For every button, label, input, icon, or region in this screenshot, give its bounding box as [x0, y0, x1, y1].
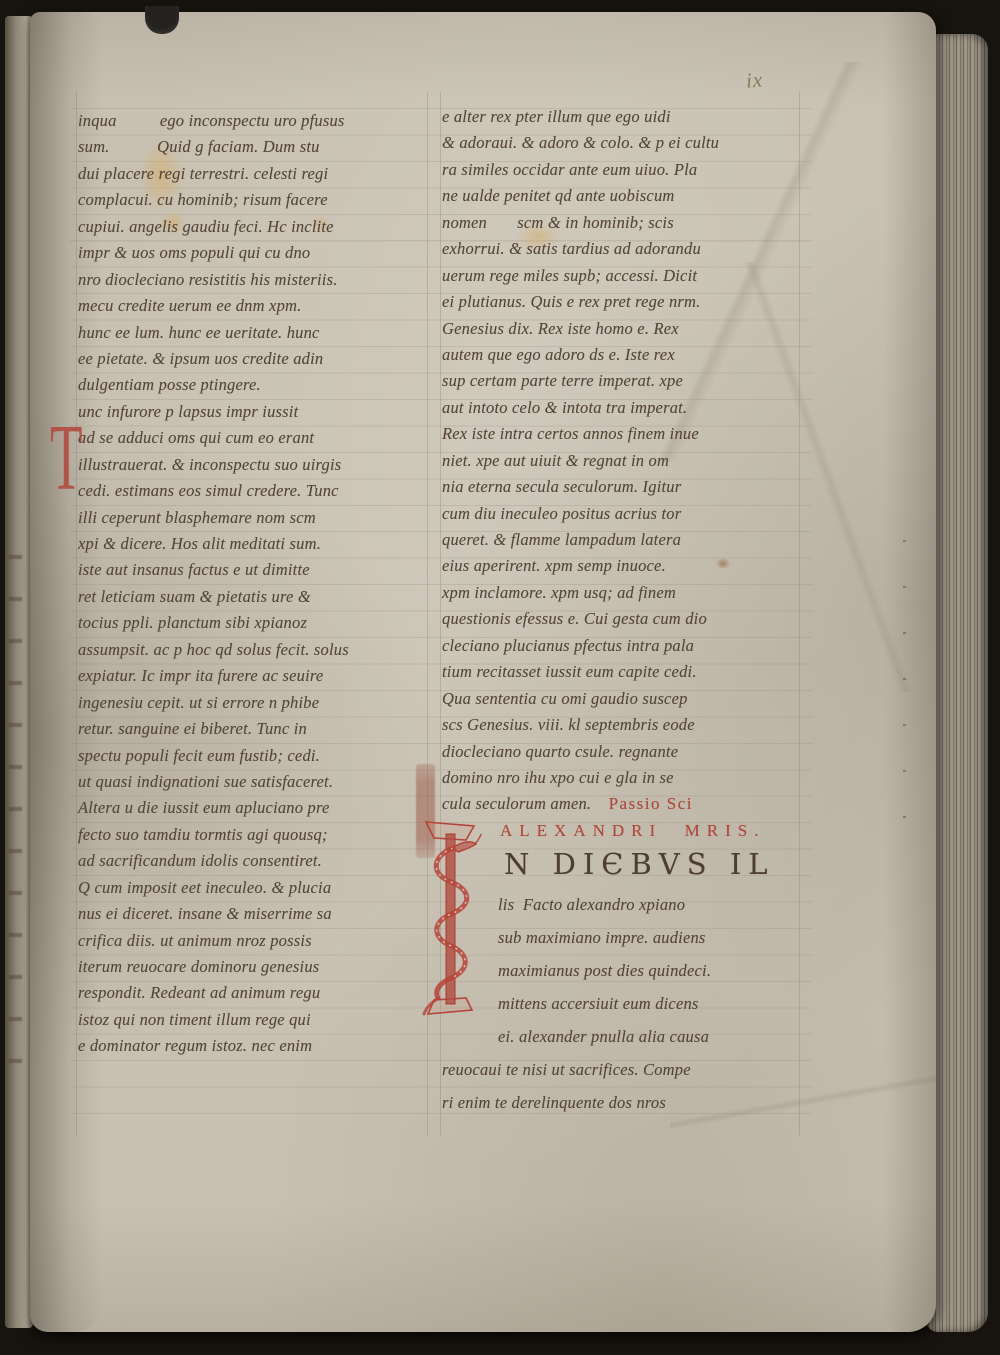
text-line: niet. xpe aut uiuit & regnat in om — [442, 448, 804, 474]
text-segment: cula seculorum amen. — [442, 794, 609, 813]
text-line: nro diocleciano resistitis his misteriis… — [78, 267, 434, 293]
text-segment: mittens accersiuit eum dicens — [498, 994, 699, 1013]
text-line: ALEXANDRI MRIS. — [442, 818, 804, 844]
book-photo: ix inqua ego inconspectu uro pfusussum. … — [0, 0, 1000, 1355]
text-segment: lis Facto alexandro xpiano — [498, 895, 685, 914]
text-line: maximianus post dies quindeci. — [442, 954, 804, 987]
text-line: ee pietate. & ipsum uos credite adin — [78, 346, 434, 372]
text-line: sup certam parte terre imperat. xpe — [442, 368, 804, 394]
text-line: eius aperirent. xpm semp inuoce. — [442, 553, 804, 579]
text-line: N DIЄBVS IL — [442, 844, 804, 888]
left-text-column: inqua ego inconspectu uro pfusussum. Qui… — [78, 108, 434, 1060]
text-line: iterum reuocare dominoru genesius — [78, 954, 434, 980]
text-line: questionis efessus e. Cui gesta cum dio — [442, 606, 804, 632]
text-line: domino nro ihu xpo cui e gla in se — [442, 765, 804, 791]
text-line: diocleciano quarto csule. regnante — [442, 739, 804, 765]
text-line: spectu populi fecit eum fustib; cedi. — [78, 743, 434, 769]
text-line: fecto suo tamdiu tormtis agi quousq; — [78, 822, 434, 848]
text-line: reuocaui te nisi ut sacrifices. Compe — [442, 1053, 804, 1086]
text-line: ut quasi indignationi sue satisfaceret. — [78, 769, 434, 795]
text-line: Q cum imposit eet ineculeo. & plucia — [78, 875, 434, 901]
pricking-holes — [903, 540, 906, 840]
text-line: dulgentiam posse ptingere. — [78, 372, 434, 398]
text-segment: ri enim te derelinquente dos nros — [442, 1093, 666, 1112]
text-line: istoz qui non timent illum rege qui — [78, 1007, 434, 1033]
text-line: mecu credite uerum ee dnm xpm. — [78, 293, 434, 319]
text-line: sum. Quid g faciam. Dum stu — [78, 134, 434, 160]
text-line: Rex iste intra certos annos finem inue — [442, 421, 804, 447]
text-segment: ei. alexander pnulla alia causa — [498, 1027, 709, 1046]
vertical-ruling-line — [76, 92, 77, 1136]
right-text-column: e alter rex pter illum que ego uidi& ado… — [442, 104, 804, 1119]
text-segment: ALEXANDRI MRIS. — [500, 821, 765, 840]
text-line: ad sacrificandum idolis consentiret. — [78, 848, 434, 874]
text-line: cupiui. angelis gaudiu feci. Hc inclite — [78, 214, 434, 240]
text-line: e alter rex pter illum que ego uidi — [442, 104, 804, 130]
text-line: expiatur. Ic impr ita furere ac seuire — [78, 663, 434, 689]
text-line: tocius ppli. planctum sibi xpianoz — [78, 610, 434, 636]
text-line: nus ei diceret. insane & miserrime sa — [78, 901, 434, 927]
text-line: Qua sententia cu omi gaudio suscep — [442, 686, 804, 712]
text-segment: unc infurore p lapsus impr iussit — [78, 402, 298, 421]
serpent-initial-I-icon — [420, 814, 482, 1028]
text-line: illustrauerat. & inconspectu suo uirgis — [78, 452, 434, 478]
text-line: iste aut insanus factus e ut dimitte — [78, 557, 434, 583]
text-line: e dominator regum istoz. nec enim — [78, 1033, 434, 1059]
text-line: ret leticiam suam & pietatis ure & — [78, 584, 434, 610]
text-line: nia eterna secula seculorum. Igitur — [442, 474, 804, 500]
text-line: crifica diis. ut animum nroz possis — [78, 928, 434, 954]
text-line: ne ualde penitet qd ante uobiscum — [442, 183, 804, 209]
folio-number: ix — [745, 67, 764, 93]
text-line: respondit. Redeant ad animum regu — [78, 980, 434, 1006]
text-segment: N DIЄBVS IL — [504, 847, 775, 881]
text-line: ad se adduci oms qui cum eo erant — [78, 425, 434, 451]
text-line: Genesius dix. Rex iste homo e. Rex — [442, 316, 804, 342]
text-line: retur. sanguine ei biberet. Tunc in — [78, 716, 434, 742]
text-line: scs Genesius. viii. kl septembris eode — [442, 712, 804, 738]
text-segment: Passio Sci — [609, 794, 693, 813]
text-line: & adoraui. & adoro & colo. & p ei cultu — [442, 130, 804, 156]
facing-page-text-fragments — [9, 555, 22, 1065]
text-line: ra similes occidar ante eum uiuo. Pla — [442, 157, 804, 183]
text-line: ei. alexander pnulla alia causa — [442, 1020, 804, 1053]
text-line: cula seculorum amen. Passio Sci — [442, 791, 804, 817]
text-line: Altera u die iussit eum apluciano pre — [78, 795, 434, 821]
text-line: hunc ee lum. hunc ee ueritate. hunc — [78, 320, 434, 346]
text-line: ei plutianus. Quis e rex pret rege nrm. — [442, 289, 804, 315]
text-line: tium recitasset iussit eum capite cedi. — [442, 659, 804, 685]
text-line: queret. & flamme lampadum latera — [442, 527, 804, 553]
text-line: assumpsit. ac p hoc qd solus fecit. solu… — [78, 637, 434, 663]
text-line: nomen scm & in hominib; scis — [442, 210, 804, 236]
text-line: uerum rege miles supb; accessi. Dicit — [442, 263, 804, 289]
text-line: unc infurore p lapsus impr iussit — [78, 399, 434, 425]
text-line: mittens accersiuit eum dicens — [442, 987, 804, 1020]
text-line: cedi. estimans eos simul credere. Tunc — [78, 478, 434, 504]
text-line: inqua ego inconspectu uro pfusus — [78, 108, 434, 134]
text-line: dui placere regi terrestri. celesti regi — [78, 161, 434, 187]
text-line: xpi & dicere. Hos alit meditati sum. — [78, 531, 434, 557]
text-line: ri enim te derelinquente dos nros — [442, 1086, 804, 1119]
text-line: complacui. cu hominib; risum facere — [78, 187, 434, 213]
manuscript-page: ix inqua ego inconspectu uro pfusussum. … — [30, 12, 936, 1332]
text-line: exhorrui. & satis tardius ad adorandu — [442, 236, 804, 262]
text-line: xpm inclamore. xpm usq; ad finem — [442, 580, 804, 606]
text-line: sub maximiano impre. audiens — [442, 921, 804, 954]
text-line: lis Facto alexandro xpiano — [442, 888, 804, 921]
text-line: cleciano plucianus pfectus intra pala — [442, 633, 804, 659]
red-initial-T: T — [50, 402, 77, 523]
text-line: cum diu ineculeo positus acrius tor — [442, 501, 804, 527]
text-line: illi ceperunt blasphemare nom scm — [78, 505, 434, 531]
text-line: ingenesiu cepit. ut si errore n phibe — [78, 690, 434, 716]
text-segment: sub maximiano impre. audiens — [498, 928, 706, 947]
text-line: autem que ego adoro ds e. Iste rex — [442, 342, 804, 368]
text-segment: reuocaui te nisi ut sacrifices. Compe — [442, 1060, 691, 1079]
text-segment: maximianus post dies quindeci. — [498, 961, 711, 980]
text-line: aut intoto celo & intota tra imperat. — [442, 395, 804, 421]
text-line: impr & uos oms populi qui cu dno — [78, 240, 434, 266]
